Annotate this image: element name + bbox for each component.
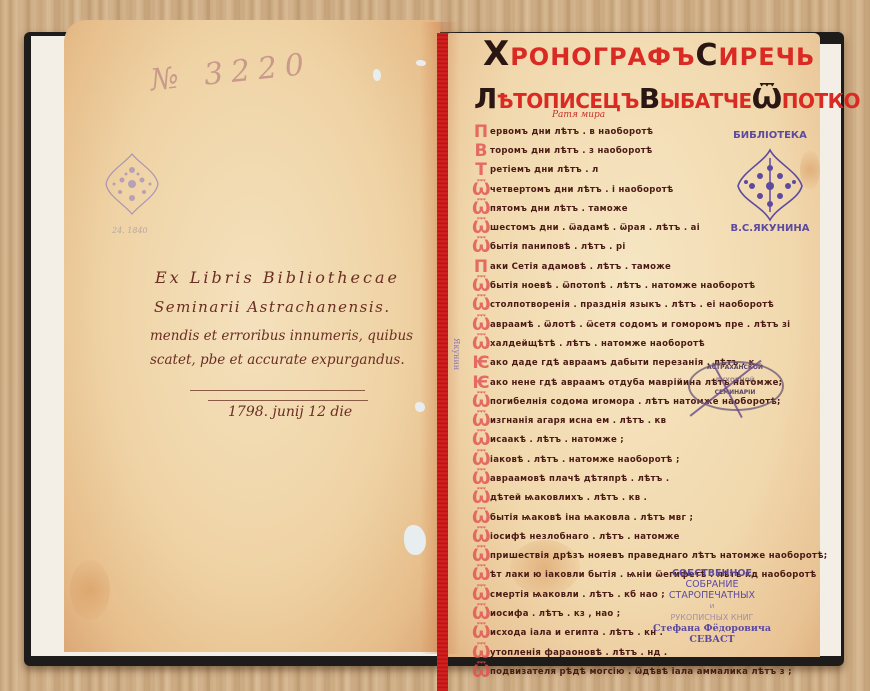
manuscript-line: Ѿбытія ѩаковѣ іна ѩаковла . лѣтъ мвг ; (472, 508, 812, 527)
line-text: смертія ѩаковли . лѣтъ . кб нао ; (490, 590, 665, 600)
title2-part: Л (474, 82, 497, 115)
faded-ornament-stamp-icon (100, 150, 164, 218)
rubric-initial: Ѿ (472, 585, 490, 605)
rubric-initial: Ѿ (472, 546, 490, 566)
manuscript-line: Ѿавраамовѣ плачѣ дѣтяпрѣ . лѣтъ . (472, 469, 812, 488)
manuscript-line: Ѿхалдейщѣтѣ . лѣтъ . натомже наоборотѣ (472, 334, 812, 353)
line-text: изгнанія агаря исна ем . лѣтъ . кв (490, 416, 666, 426)
rubric-initial: Ѿ (472, 180, 490, 200)
title-rubric: РОНОГРАФЪ (510, 43, 695, 71)
rubric-initial: Ѿ (472, 392, 490, 412)
line-text: аки Сетія адамовѣ . лѣтъ . таможе (490, 262, 671, 272)
collection-stamp: СОБСТВЕННОЕ СОБРАНИЕ СТАРОПЕЧАТНЫХ и РУК… (652, 568, 772, 645)
oval-stamp-line: СЕМИНАРІИ (700, 389, 770, 396)
library-stamp-bottom: В.С.ЯКУНИНА (728, 223, 812, 234)
manuscript-line: Ѿисаакѣ . лѣтъ . натомже ; (472, 431, 812, 450)
manuscript-line: Ѿіаковѣ . лѣтъ . натомже наоборотѣ ; (472, 450, 812, 469)
rubric-initial: Т (472, 160, 490, 180)
title-cap: С (696, 38, 719, 73)
rubric-initial: Ѿ (472, 315, 490, 335)
manuscript-line: Ѿподвизателя рѣдѣ могсію . ѿдѣвѣ іала ам… (472, 662, 812, 681)
line-text: ервомъ дни лѣтъ . в наоборотѣ (490, 127, 653, 137)
title2-part: ЫБАТЧЕ (660, 89, 752, 113)
manuscript-line: Ѿіосифѣ незлобнаго . лѣтъ . натомже (472, 527, 812, 546)
rubric-initial: Ѿ (472, 334, 490, 354)
stamp-caption: 24. 1840 (112, 226, 148, 235)
inscription-line: Seminarii Astrachanensis. (154, 298, 391, 316)
collection-stamp-line: Стефана Фёдоровича (652, 623, 772, 634)
library-stamp: БИБЛІОТЕКА В.С.ЯКУНИНА (728, 130, 812, 234)
rubric-initial: Ѿ (472, 488, 490, 508)
line-text: торомъ дни лѣтъ . з наоборотѣ (490, 146, 653, 156)
page-hole (416, 60, 426, 66)
ornament-icon (732, 146, 808, 224)
collection-stamp-line: СОБСТВЕННОЕ (652, 568, 772, 579)
inscription-date: 1798. junij 12 die (228, 404, 352, 420)
rubric-initial: Ѿ (472, 199, 490, 219)
rubric-initial: Ѿ (472, 604, 490, 624)
line-text: исхода іала и египта . лѣтъ . кн . (490, 628, 663, 638)
line-text: іосифѣ незлобнаго . лѣтъ . натомже (490, 532, 680, 542)
manuscript-line: Ѿутопленія фараоновѣ . лѣтъ . нд . (472, 643, 812, 662)
line-text: халдейщѣтѣ . лѣтъ . натомже наоборотѣ (490, 339, 705, 349)
line-text: пятомъ дни лѣтъ . таможе (490, 204, 628, 214)
rubric-initial: Ѿ (472, 411, 490, 431)
rubric-initial: В (472, 141, 490, 161)
manuscript-line: Ѿпришествія дрѣзъ нояевъ праведнаго лѣтъ… (472, 547, 812, 566)
title-rest: ИРЕЧЬ (719, 43, 816, 71)
rubric-initial: Ѿ (472, 527, 490, 547)
manuscript-line: Ѿдѣтей ѩаковлихъ . лѣтъ . кв . (472, 489, 812, 508)
oval-stamp-line: АСТРАХАНСКОЙ (700, 364, 770, 371)
inscription-line: Ex Libris Bibliothecae (155, 268, 400, 287)
line-text: бытія паниповѣ . лѣтъ . рі (490, 242, 626, 252)
subtitle: Ратя мира (552, 110, 605, 120)
margin-note: Якунин (452, 338, 461, 370)
title2-part: В (639, 82, 660, 115)
rubric-initial: Ѿ (472, 469, 490, 489)
line-text: пришествія дрѣзъ нояевъ праведнаго лѣтъ … (490, 551, 827, 561)
rubric-initial: Ѿ (472, 565, 490, 585)
flourish-line (208, 400, 368, 401)
line-text: авраамѣ . ѿлотѣ . ѿсетя содомъ и гомором… (490, 320, 790, 330)
inscription-line: scatet, pbe et accurate expurgandus. (150, 352, 405, 368)
rubric-initial: Ѿ (472, 508, 490, 528)
rubric-initial: Ѿ (472, 643, 490, 663)
line-text: бытія ѩаковѣ іна ѩаковла . лѣтъ мвг ; (490, 513, 693, 523)
rubric-initial: Ѥ (472, 373, 490, 393)
line-text: утопленія фараоновѣ . лѣтъ . нд . (490, 648, 667, 658)
collection-stamp-line: СТАРОПЕЧАТНЫХ (652, 590, 772, 601)
manuscript-line: Ѿбытія паниповѣ . лѣтъ . рі (472, 238, 812, 257)
inscription-line: mendis et erroribus innumeris, quibus (150, 328, 413, 344)
title-initial: Х (483, 34, 510, 74)
line-text: дѣтей ѩаковлихъ . лѣтъ . кв . (490, 493, 647, 503)
line-text: авраамовѣ плачѣ дѣтяпрѣ . лѣтъ . (490, 474, 669, 484)
water-stain (70, 560, 110, 620)
rubric-initial: П (472, 122, 490, 142)
ribbon-bookmark[interactable] (437, 33, 448, 691)
library-stamp-top: БИБЛІОТЕКА (728, 130, 812, 141)
line-text: ретіемъ дни лѣтъ . л (490, 165, 599, 175)
line-text: исаакѣ . лѣтъ . натомже ; (490, 435, 624, 445)
page-hole (404, 525, 426, 555)
manuscript-line: Ѿавраамѣ . ѿлотѣ . ѿсетя содомъ и гоморо… (472, 315, 812, 334)
manuscript-line: Ѿстолпотворенія . празднія языкъ . лѣтъ … (472, 296, 812, 315)
line-text: подвизателя рѣдѣ могсію . ѿдѣвѣ іала амм… (490, 667, 792, 677)
title-line-1: ХРОНОГРАФЪСИРЕЧЬ (483, 34, 815, 74)
rubric-initial: Ѿ (472, 218, 490, 238)
collection-stamp-line: СЕВАСТ (652, 634, 772, 645)
manuscript-line: Паки Сетія адамовѣ . лѣтъ . таможе (472, 257, 812, 276)
rubric-initial: П (472, 257, 490, 277)
title-line-2: ЛѢТОПИСЕЦЪВЫБАТЧЕѾПОТКО (474, 82, 860, 115)
title2-part: Ѿ (752, 82, 782, 115)
rubric-initial: Ѿ (472, 276, 490, 296)
line-text: столпотворенія . празднія языкъ . лѣтъ .… (490, 300, 774, 310)
rubric-initial: Ѥ (472, 353, 490, 373)
collection-stamp-line: СОБРАНИЕ (652, 579, 772, 590)
collection-stamp-line: и (652, 601, 772, 612)
rubric-initial: Ѿ (472, 295, 490, 315)
page-hole (415, 402, 425, 412)
line-text: бытія ноевѣ . ѿпотопѣ . лѣтъ . натомже н… (490, 281, 755, 291)
collection-stamp-line: РУКОПИСНЫХ КНИГ (652, 612, 772, 623)
rubric-initial: Ѿ (472, 623, 490, 643)
manuscript-line: Ѿбытія ноевѣ . ѿпотопѣ . лѣтъ . натомже … (472, 276, 812, 295)
manuscript-line: Ѿизгнанія агаря исна ем . лѣтъ . кв (472, 411, 812, 430)
rubric-initial: Ѿ (472, 450, 490, 470)
line-text: четвертомъ дни лѣтъ . і наоборотѣ (490, 185, 674, 195)
line-text: шестомъ дни . ѿадамѣ . ѿрая . лѣтъ . аі (490, 223, 700, 233)
line-text: иосифа . лѣтъ . кз , нао ; (490, 609, 621, 619)
line-text: іаковѣ . лѣтъ . натомже наоборотѣ ; (490, 455, 680, 465)
rubric-initial: Ѿ (472, 662, 490, 682)
rubric-initial: Ѿ (472, 237, 490, 257)
flourish-line (190, 390, 365, 391)
page-hole (373, 69, 381, 81)
rubric-initial: Ѿ (472, 430, 490, 450)
title2-part: ПОТКО (782, 89, 860, 113)
